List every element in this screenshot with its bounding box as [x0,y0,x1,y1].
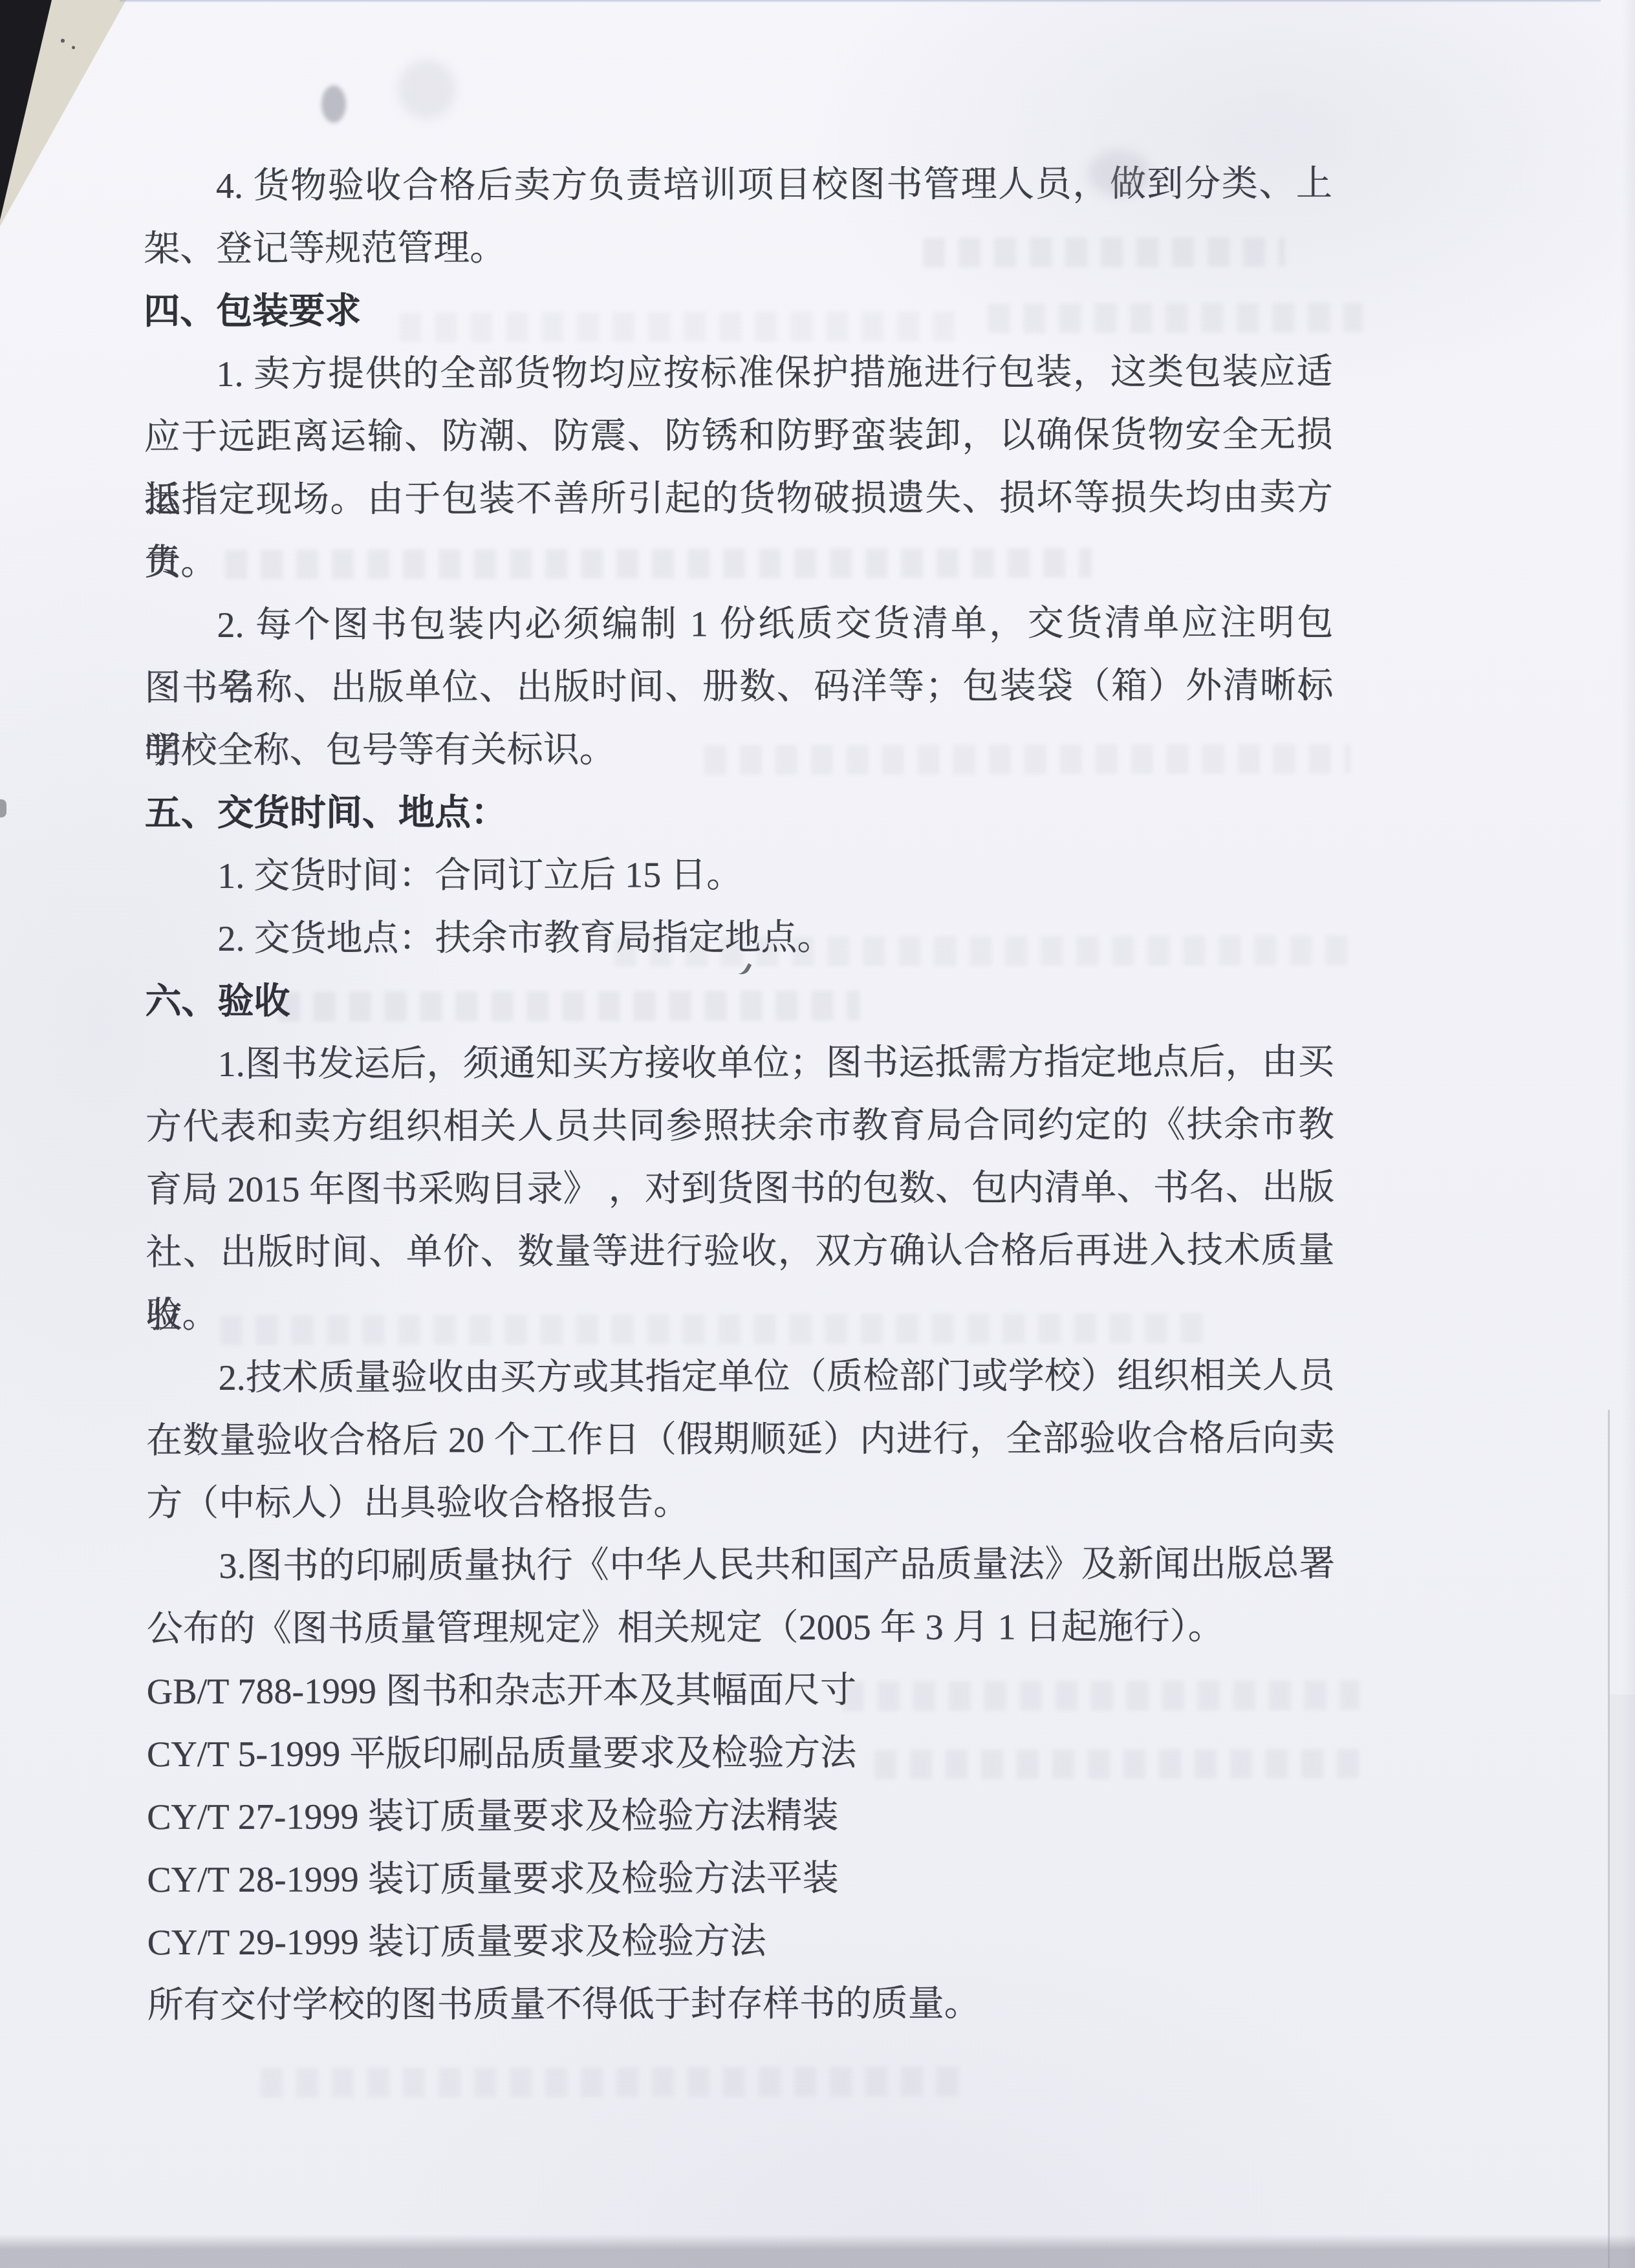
page-edge-nick [0,799,6,817]
text-line: 4. 货物验收合格后卖方负责培训项目校图书管理人员，做到分类、上 [144,153,1332,218]
ink-speck [72,46,75,49]
text-line: 育局 2015 年图书采购目录》 ，对到货图书的包数、包内清单、书名、出版 [146,1156,1334,1222]
text-line: 3.图书的印刷质量执行《中华人民共和国产品质量法》及新闻出版总署 [146,1533,1335,1598]
text-line: 六、验收 [145,968,1334,1033]
text-line: 1.图书发运后，须通知买方接收单位；图书运抵需方指定地点后，由买 [146,1031,1334,1096]
text-line: 架、登记等规范管理。 [144,215,1332,281]
text-line: CY/T 5-1999 平版印刷品质量要求及检验方法 [147,1721,1336,1786]
scanner-right-tint [1622,0,1635,2268]
text-line: 方代表和卖方组织相关人员共同参照扶余市教育局合同约定的《扶余市教 [146,1094,1334,1159]
text-line: 学校全称、包号等有关标识。 [145,717,1334,783]
text-line: 社、出版时间、单价、数量等进行验收，双方确认合格后再进入技术质量验 [146,1219,1334,1284]
text-line: 收。 [146,1282,1334,1347]
text-line: 公布的《图书质量管理规定》相关规定（2005 年 3 月 1 日起施行）。 [147,1595,1336,1661]
text-line: 图书名称、出版单位、出版时间、册数、码洋等；包装袋（箱）外清晰标明 [144,654,1333,720]
text-line: 方（中标人）出具验收合格报告。 [146,1470,1335,1535]
text-line: 五、交货时间、地点： [145,780,1334,845]
text-line: 抵指定现场。由于包装不善所引起的货物破损遗失、损坏等损失均由卖方负 [144,466,1333,532]
text-line: 2. 每个图书包装内必须编制 1 份纸质交货清单，交货清单应注明包号、 [144,592,1333,657]
scanned-contract-page: { "colors":{ "paper":"#f1f1f7", "ink":"#… [0,0,1635,2268]
text-line: 所有交付学校的图书质量不得低于封存样书的质量。 [147,1972,1336,2037]
text-line: CY/T 28-1999 装订质量要求及检验方法平装 [147,1846,1336,1912]
bleed-through-smudge [261,2067,972,2098]
text-line: 四、包装要求 [144,278,1332,343]
text-line: 1. 卖方提供的全部货物均应按标准保护措施进行包装，这类包装应适 [144,341,1332,406]
scanner-bottom-shadow [0,2234,1635,2268]
text-line: CY/T 27-1999 装订质量要求及检验方法精装 [147,1784,1336,1849]
page-sheet: 4. 货物验收合格后卖方负责培训项目校图书管理人员，做到分类、上架、登记等规范管… [0,0,1635,2268]
scanner-top-edge [120,0,1601,3]
text-line: 在数量验收合格后 20 个工作日（假期顺延）内进行，全部验收合格后向卖 [146,1407,1335,1473]
text-line: CY/T 29-1999 装订质量要求及检验方法 [147,1909,1336,1974]
text-line: 应于远距离运输、防潮、防震、防锈和防野蛮装卸，以确保货物安全无损运 [144,404,1333,469]
text-line: GB/T 788-1999 图书和杂志开本及其幅面尺寸 [147,1658,1336,1723]
ink-speck [61,39,65,43]
document-text: 4. 货物验收合格后卖方负责培训项目校图书管理人员，做到分类、上架、登记等规范管… [144,153,1336,2037]
text-line: 责。 [144,529,1333,594]
text-line: 1. 交货时间：合同订立后 15 日。 [145,843,1334,908]
text-line: 2.技术质量验收由买方或其指定单位（质检部门或学校）组织相关人员 [146,1345,1335,1410]
